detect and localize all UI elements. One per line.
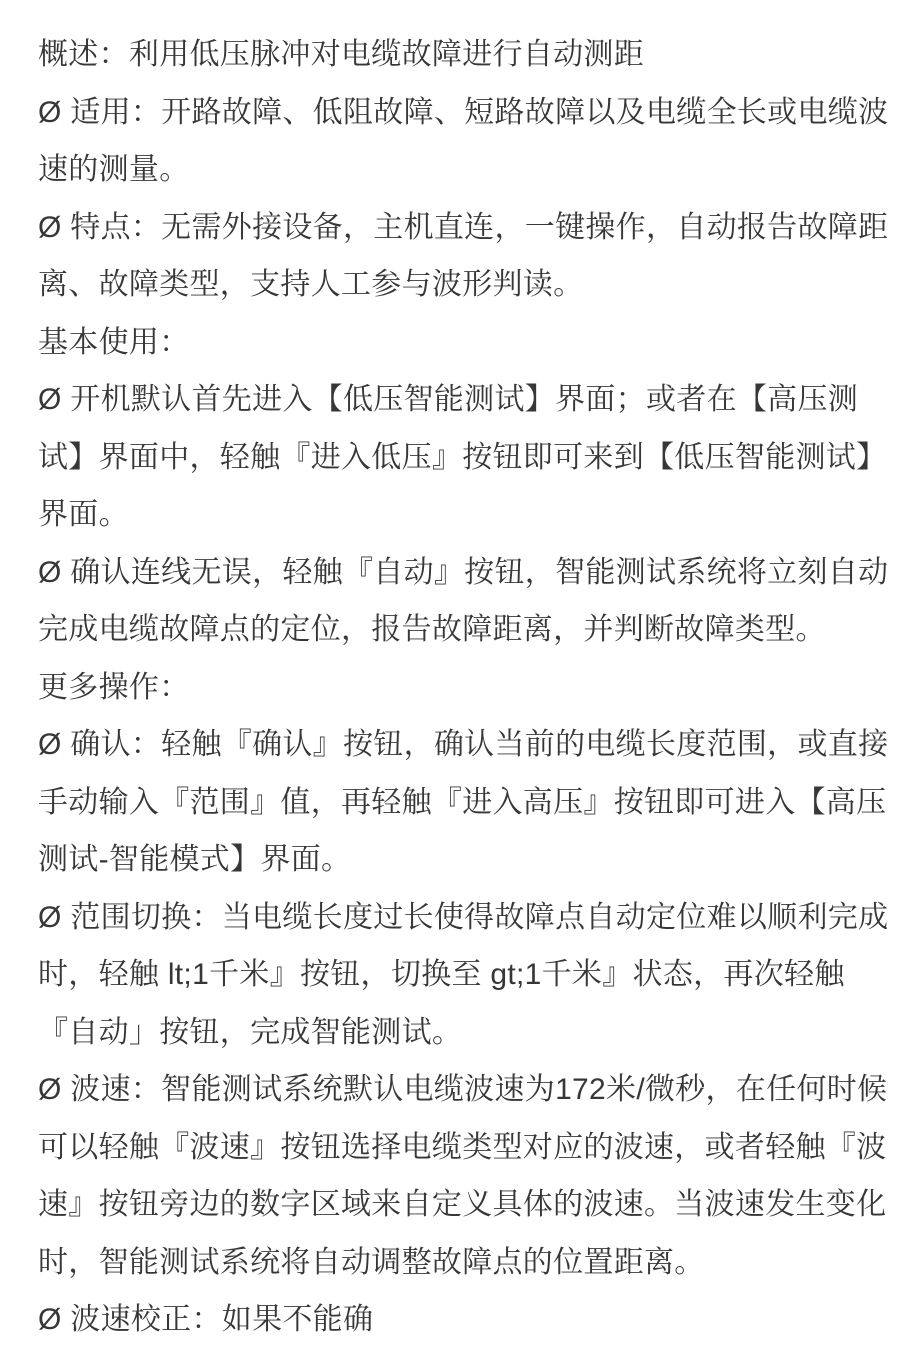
text-line-wave-speed-calibration: Ø 波速校正：如果不能确: [38, 1291, 862, 1349]
text-line-basic-usage-heading: 基本使用：: [38, 314, 862, 372]
text-line-features-2: 离、故障类型，支持人工参与波形判读。: [38, 256, 862, 314]
text-line-range-switch-3: 『自动」按钮，完成智能测试。: [38, 1004, 862, 1062]
text-line-confirm-2: 手动输入『范围』值，再轻触『进入高压』按钮即可进入【高压: [38, 774, 862, 832]
text-line-more-operations-heading: 更多操作：: [38, 659, 862, 717]
text-line-wave-speed-1: Ø 波速：智能测试系统默认电缆波速为172米/微秒，在任何时候: [38, 1061, 862, 1119]
text-line-wave-speed-2: 可以轻触『波速』按钮选择电缆类型对应的波速，或者轻触『波: [38, 1119, 862, 1177]
text-line-applicable-1: Ø 适用：开路故障、低阻故障、短路故障以及电缆全长或电缆波: [38, 84, 862, 142]
text-line-confirm-3: 测试-智能模式】界面。: [38, 831, 862, 889]
text-line-wave-speed-4: 时，智能测试系统将自动调整故障点的位置距离。: [38, 1234, 862, 1292]
text-line-confirm-1: Ø 确认：轻触『确认』按钮，确认当前的电缆长度范围，或直接: [38, 716, 862, 774]
text-line-features-1: Ø 特点：无需外接设备，主机直连，一键操作，自动报告故障距: [38, 199, 862, 257]
text-line-confirm-connection-2: 完成电缆故障点的定位，报告故障距离，并判断故障类型。: [38, 601, 862, 659]
text-line-overview: 概述：利用低压脉冲对电缆故障进行自动测距: [38, 26, 862, 84]
text-line-startup-3: 界面。: [38, 486, 862, 544]
text-line-startup-2: 试】界面中，轻触『进入低压』按钮即可来到【低压智能测试】: [38, 429, 862, 487]
text-line-applicable-2: 速的测量。: [38, 141, 862, 199]
text-line-range-switch-1: Ø 范围切换：当电缆长度过长使得故障点自动定位难以顺利完成: [38, 889, 862, 947]
text-line-startup-1: Ø 开机默认首先进入【低压智能测试】界面；或者在【高压测: [38, 371, 862, 429]
description-text-block: 概述：利用低压脉冲对电缆故障进行自动测距 Ø 适用：开路故障、低阻故障、短路故障…: [0, 0, 900, 1372]
text-line-range-switch-2: 时，轻触 lt;1千米』按钮，切换至 gt;1千米』状态，再次轻触: [38, 946, 862, 1004]
text-line-wave-speed-3: 速』按钮旁边的数字区域来自定义具体的波速。当波速发生变化: [38, 1176, 862, 1234]
text-line-confirm-connection-1: Ø 确认连线无误，轻触『自动』按钮，智能测试系统将立刻自动: [38, 544, 862, 602]
